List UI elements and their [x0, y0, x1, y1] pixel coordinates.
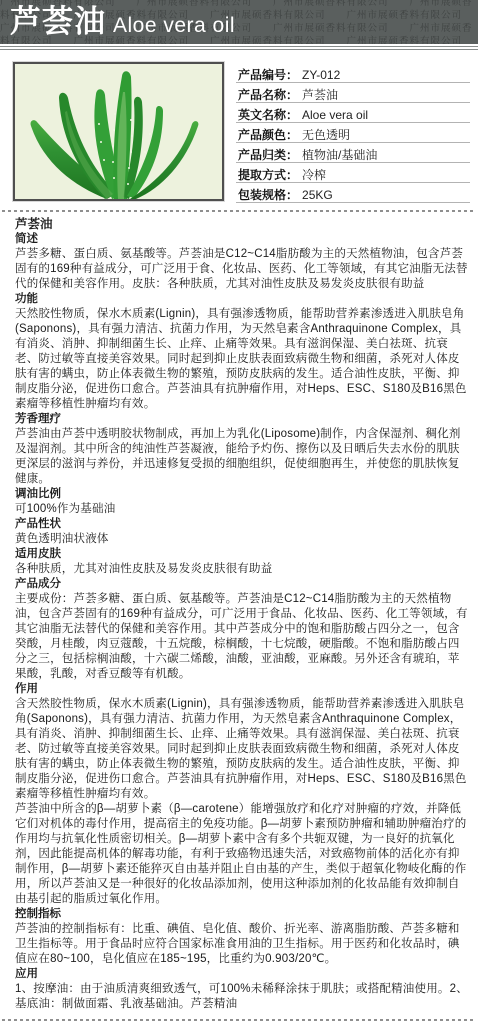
section-paragraph: 天然胶性物质，保水木质素(Lignin)，具有强渗透物质，能帮助营养素渗透进入肌…: [15, 307, 468, 412]
spec-label: 产品编号：: [238, 66, 298, 83]
section-heading: 简述: [15, 232, 468, 247]
spec-value: Aloe vera oil: [302, 108, 368, 122]
spec-value: 25KG: [302, 188, 333, 202]
spec-value: 植物油/基础油: [302, 146, 377, 163]
section-heading: 应用: [15, 967, 468, 982]
product-title-en: Aloe vera oil: [113, 14, 235, 38]
spec-label: 产品归类：: [238, 146, 298, 163]
spec-label: 产品颜色：: [238, 126, 298, 143]
separator-dashed-bottom: [2, 1019, 476, 1021]
spec-row: 产品名称： 芦荟油: [236, 83, 470, 103]
title-bar: 广州市展硕香料有限公司 广州市展硕香料有限公司 广州市展硕香料有限公司 广州市展…: [0, 0, 478, 44]
section-heading: 控制指标: [15, 907, 468, 922]
section-paragraph: 各种肤质，尤其对油性皮肤及易发炎皮肤很有助益: [15, 562, 468, 577]
section-heading: 调油比例: [15, 487, 468, 502]
spec-row: 产品归类： 植物油/基础油: [236, 143, 470, 163]
section-heading: 产品成分: [15, 577, 468, 592]
spec-table: 产品编号： ZY-012 产品名称： 芦荟油 英文名称： Aloe vera o…: [236, 63, 470, 203]
spec-row: 英文名称： Aloe vera oil: [236, 103, 470, 123]
page: 广州市展硕香料有限公司 广州市展硕香料有限公司 广州市展硕香料有限公司 广州市展…: [0, 0, 478, 1024]
aloe-plant-image: [15, 64, 222, 199]
section-heading: 功能: [15, 292, 468, 307]
spec-value: ZY-012: [302, 68, 340, 82]
spec-label: 包装规格：: [238, 186, 298, 203]
spec-row: 产品编号： ZY-012: [236, 63, 470, 83]
spec-value: 冷榨: [302, 166, 326, 183]
document-body: 芦荟油 简述芦荟多糖、蛋白质、氨基酸等。芦荟油是C12~C14脂肪酸为主的天然植…: [0, 212, 478, 1012]
spec-row: 包装规格： 25KG: [236, 183, 470, 203]
section-paragraph: 含天然胶性物质，保水木质素(Lignin)，具有强渗透物质，能帮助营养素渗透进入…: [15, 697, 468, 802]
section-paragraph: 芦荟油的控制指标有：比重、碘值、皂化值、酸价、折光率、游离脂肪酸、芦荟多糖和卫生…: [15, 922, 468, 967]
spec-value: 无色透明: [302, 126, 350, 143]
section-paragraph: 芦荟油由芦荟中透明胶状物制成，再加上为乳化(Liposome)制作，内含保湿剂、…: [15, 427, 468, 487]
product-title-cn: 芦荟油: [10, 2, 106, 42]
product-photo: [13, 62, 224, 201]
section-heading: 产品性状: [15, 517, 468, 532]
section-heading: 作用: [15, 682, 468, 697]
spec-label: 英文名称：: [238, 106, 298, 123]
section-heading: 芳香理疗: [15, 412, 468, 427]
spec-row: 产品颜色： 无色透明: [236, 123, 470, 143]
section-paragraph: 芦荟多糖、蛋白质、氨基酸等。芦荟油是C12~C14脂肪酸为主的天然植物油，包含芦…: [15, 247, 468, 292]
section-paragraph: 可100%作为基础油: [15, 502, 468, 517]
spec-label: 产品名称：: [238, 86, 298, 103]
section-paragraph: 黄色透明油状液体: [15, 532, 468, 547]
page-title: 芦荟油 Aloe vera oil: [0, 0, 478, 42]
product-overview: 产品编号： ZY-012 产品名称： 芦荟油 英文名称： Aloe vera o…: [0, 50, 478, 203]
section-paragraph: 主要成份：芦荟多糖、蛋白质、氨基酸等。芦荟油是C12~C14脂肪酸为主的天然植物…: [15, 592, 468, 682]
section-heading: 适用皮肤: [15, 547, 468, 562]
spec-value: 芦荟油: [302, 86, 338, 103]
document-title: 芦荟油: [15, 216, 468, 232]
spec-row: 提取方式： 冷榨: [236, 163, 470, 183]
spec-label: 提取方式：: [238, 166, 298, 183]
section-paragraph: 1、按摩油：由于油质清爽细致透气，可100%未稀释涂抹于肌肤；或搭配精油使用。2…: [15, 982, 468, 1012]
section-paragraph: 芦荟油中所含的β—胡萝卜素（β—carotene）能增强放疗和化疗对肿瘤的疗效，…: [15, 802, 468, 907]
